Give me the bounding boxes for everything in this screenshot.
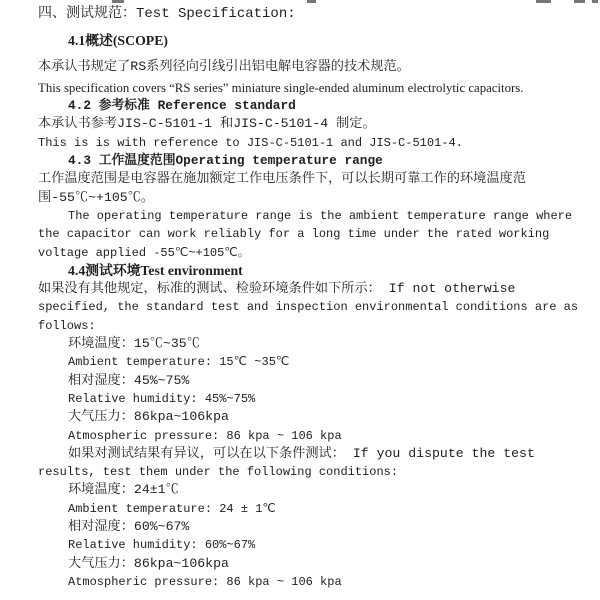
clipped-text-fragment — [592, 0, 598, 3]
doc-line: 本承认书参考JIS-C-5101-1 和JIS-C-5101-4 制定。 — [38, 115, 584, 133]
section-heading: 4.3 工作温度范围Operating temperature range — [38, 152, 584, 170]
doc-line: 相对湿度：45%~75% — [38, 372, 584, 390]
doc-line: 本承认书规定了RS系列径向引线引出铝电解电容器的技术规范。 — [38, 58, 584, 76]
doc-line: The operating temperature range is the a… — [38, 207, 584, 225]
doc-line: specified, the standard test and inspect… — [38, 298, 584, 316]
doc-line: 围-55℃~+105℃。 — [38, 189, 584, 207]
doc-line: Atmospheric pressure: 86 kpa ~ 106 kpa — [38, 427, 584, 445]
clipped-text-fragment — [307, 0, 316, 3]
doc-line: 环境温度：15℃~35℃ — [38, 335, 584, 353]
section-heading: 4.4测试环境Test environment — [38, 262, 584, 280]
doc-line: Relative humidity: 60%~67% — [38, 536, 584, 554]
document-body: 四、测试规范：Test Specification: 4.1概述(SCOPE)本… — [38, 5, 584, 591]
doc-line: 大气压力：86kpa~106kpa — [38, 408, 584, 426]
doc-line: 工作温度范围是电容器在施加额定工作电压条件下，可以长期可靠工作的环境温度范 — [38, 170, 584, 188]
document-title: 四、测试规范：Test Specification: — [38, 5, 584, 23]
doc-line: Relative humidity: 45%~75% — [38, 390, 584, 408]
doc-line: Atmospheric pressure: 86 kpa ~ 106 kpa — [38, 573, 584, 591]
doc-line: 如果没有其他规定，标准的测试、检验环境条件如下所示： If not otherw… — [38, 280, 584, 298]
doc-line: 环境温度：24±1℃ — [38, 481, 584, 499]
clipped-text-fragment — [536, 0, 551, 3]
clipped-text-fragment — [112, 0, 124, 3]
doc-line: This is is with reference to JIS-C-5101-… — [38, 134, 584, 152]
doc-line: voltage applied -55℃~+105℃。 — [38, 244, 584, 262]
doc-line: Ambient temperature: 15℃ ~35℃ — [38, 353, 584, 371]
doc-line: 相对湿度：60%~67% — [38, 518, 584, 536]
section-heading: 4.1概述(SCOPE) — [38, 32, 584, 50]
section-heading: 4.2 参考标准 Reference standard — [38, 97, 584, 115]
doc-line: 如果对测试结果有异议，可以在以下条件测试： If you dispute the… — [38, 445, 584, 463]
doc-line: This specification covers “RS series” mi… — [38, 79, 584, 97]
doc-line: the capacitor can work reliably for a lo… — [38, 225, 584, 243]
doc-line: follows: — [38, 317, 584, 335]
doc-line: 大气压力：86kpa~106kpa — [38, 555, 584, 573]
clipped-text-fragment — [574, 0, 585, 3]
doc-line: Ambient temperature: 24 ± 1℃ — [38, 500, 584, 518]
doc-line: results, test them under the following c… — [38, 463, 584, 481]
